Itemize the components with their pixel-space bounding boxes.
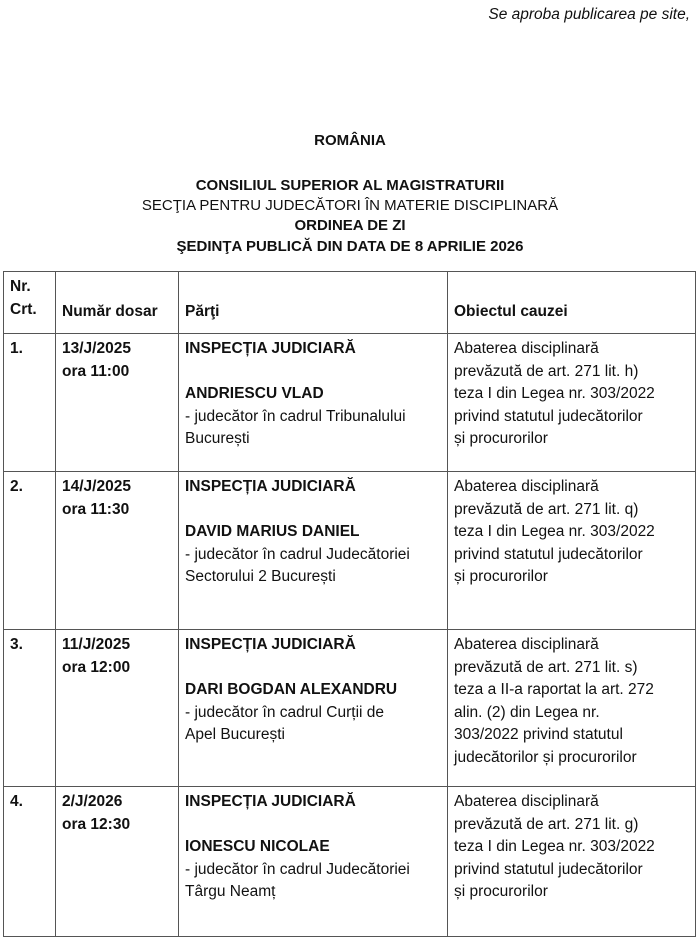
party-defendant-description: - judecător în cadrul Curții de [185,702,441,725]
column-header-parti: Părţi [179,272,448,334]
column-header-nr: Nr. Crt. [4,272,56,334]
case-object-line: prevăzută de art. 271 lit. q) [454,499,689,522]
table-row: 1. 13/J/2025 ora 11:00 INSPECȚIA JUDICIA… [4,334,696,472]
case-object-cell: Abaterea disciplinarăprevăzută de art. 2… [448,334,696,472]
country-heading: ROMÂNIA [0,132,700,149]
hearing-time: ora 11:00 [62,361,172,384]
parties-cell: INSPECȚIA JUDICIARĂ DAVID MARIUS DANIEL … [179,472,448,630]
row-number: 2. [4,472,56,630]
case-file-id: 13/J/2025 [62,338,172,361]
case-object-line: teza I din Legea nr. 303/2022 [454,521,689,544]
table-row: 4. 2/J/2026 ora 12:30 INSPECȚIA JUDICIAR… [4,787,696,937]
column-header-obiect: Obiectul cauzei [448,272,696,334]
case-number: 14/J/2025 ora 11:30 [56,472,179,630]
row-number: 3. [4,630,56,787]
row-number: 4. [4,787,56,937]
parties-cell: INSPECȚIA JUDICIARĂ IONESCU NICOLAE - ju… [179,787,448,937]
case-number: 11/J/2025 ora 12:00 [56,630,179,787]
case-number: 13/J/2025 ora 11:00 [56,334,179,472]
case-object-line: teza a II-a raportat la art. 272 [454,679,689,702]
table-row: 3. 11/J/2025 ora 12:00 INSPECȚIA JUDICIA… [4,630,696,787]
case-object-line: teza I din Legea nr. 303/2022 [454,836,689,859]
party-defendant-description: - judecător în cadrul Tribunalului [185,406,441,429]
case-object-line: prevăzută de art. 271 lit. g) [454,814,689,837]
case-object-line: privind statutul judecătorilor [454,859,689,882]
session-heading: ŞEDINŢA PUBLICĂ DIN DATA DE 8 APRILIE 20… [0,238,700,255]
party-defendant: DARI BOGDAN ALEXANDRU [185,679,441,702]
case-object-line: prevăzută de art. 271 lit. h) [454,361,689,384]
case-file-id: 2/J/2026 [62,791,172,814]
case-object-line: Abaterea disciplinară [454,791,689,814]
party-defendant-description-cont: Târgu Neamț [185,881,441,904]
case-object-line: și procurorilor [454,881,689,904]
case-object-line: privind statutul judecătorilor [454,406,689,429]
column-header-dosar: Număr dosar [56,272,179,334]
party-defendant-description-cont: Sectorului 2 București [185,566,441,589]
hearing-time: ora 11:30 [62,499,172,522]
case-object-line: teza I din Legea nr. 303/2022 [454,383,689,406]
party-defendant-description-cont: Apel București [185,724,441,747]
hearing-time: ora 12:30 [62,814,172,837]
institution-heading: CONSILIUL SUPERIOR AL MAGISTRATURII [0,177,700,194]
case-object-cell: Abaterea disciplinarăprevăzută de art. 2… [448,787,696,937]
case-object-cell: Abaterea disciplinarăprevăzută de art. 2… [448,472,696,630]
case-object-line: alin. (2) din Legea nr. [454,702,689,725]
party-plaintiff: INSPECȚIA JUDICIARĂ [185,791,441,814]
party-defendant: IONESCU NICOLAE [185,836,441,859]
table-header-row: Nr. Crt. Număr dosar Părţi Obiectul cauz… [4,272,696,334]
case-object-line: și procurorilor [454,428,689,451]
case-file-id: 11/J/2025 [62,634,172,657]
approval-note: Se aproba publicarea pe site, [488,6,690,24]
case-object-line: Abaterea disciplinară [454,476,689,499]
party-defendant: DAVID MARIUS DANIEL [185,521,441,544]
party-plaintiff: INSPECȚIA JUDICIARĂ [185,338,441,361]
case-object-line: 303/2022 privind statutul [454,724,689,747]
case-object-line: Abaterea disciplinară [454,634,689,657]
parties-cell: INSPECȚIA JUDICIARĂ DARI BOGDAN ALEXANDR… [179,630,448,787]
case-object-line: judecătorilor și procurorilor [454,747,689,770]
case-object-line: și procurorilor [454,566,689,589]
case-object-cell: Abaterea disciplinarăprevăzută de art. 2… [448,630,696,787]
row-number: 1. [4,334,56,472]
case-number: 2/J/2026 ora 12:30 [56,787,179,937]
document-title: ORDINEA DE ZI [0,217,700,234]
table-row: 2. 14/J/2025 ora 11:30 INSPECȚIA JUDICIA… [4,472,696,630]
party-plaintiff: INSPECȚIA JUDICIARĂ [185,476,441,499]
agenda-table: Nr. Crt. Număr dosar Părţi Obiectul cauz… [3,271,696,937]
party-defendant-description: - judecător în cadrul Judecătoriei [185,544,441,567]
case-object-line: prevăzută de art. 271 lit. s) [454,657,689,680]
case-object-line: Abaterea disciplinară [454,338,689,361]
case-object-line: privind statutul judecătorilor [454,544,689,567]
party-defendant-description: - judecător în cadrul Judecătoriei [185,859,441,882]
case-file-id: 14/J/2025 [62,476,172,499]
party-defendant-description-cont: București [185,428,441,451]
party-defendant: ANDRIESCU VLAD [185,383,441,406]
hearing-time: ora 12:00 [62,657,172,680]
section-heading: SECŢIA PENTRU JUDECĂTORI ÎN MATERIE DISC… [0,197,700,214]
party-plaintiff: INSPECȚIA JUDICIARĂ [185,634,441,657]
parties-cell: INSPECȚIA JUDICIARĂ ANDRIESCU VLAD - jud… [179,334,448,472]
